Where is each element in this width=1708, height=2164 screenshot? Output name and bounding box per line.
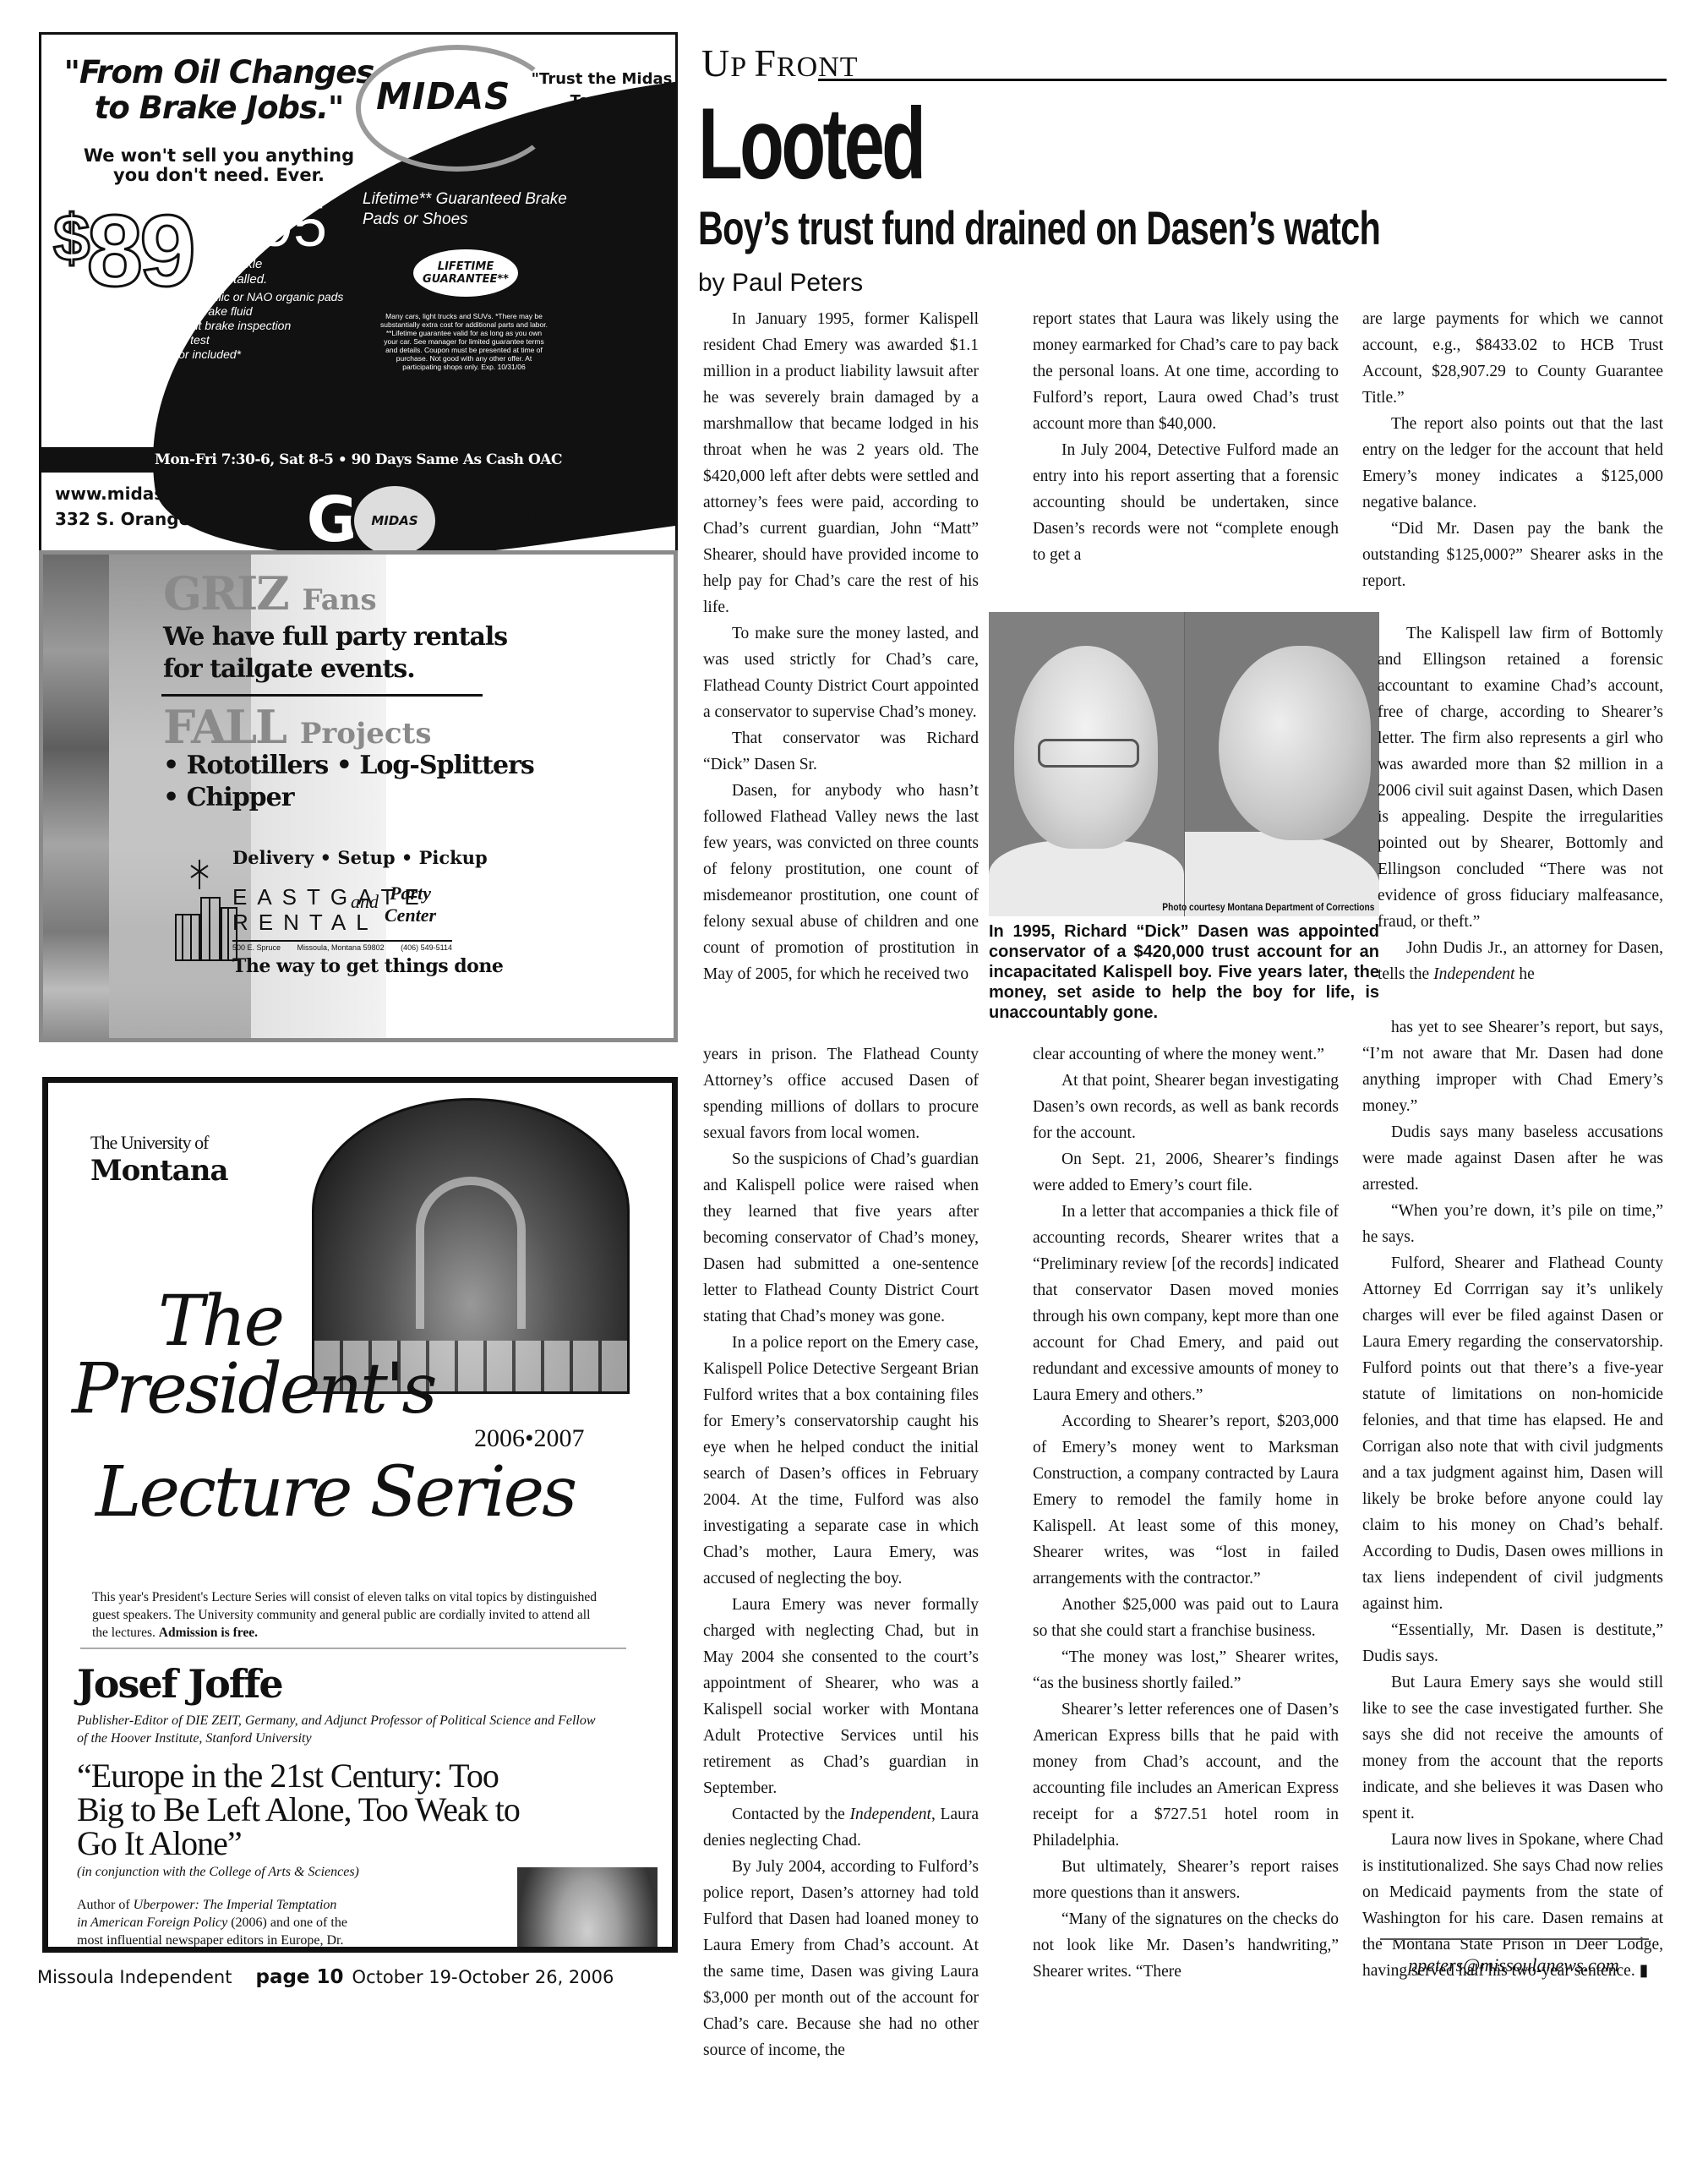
paragraph: But Laura Emery says she would still lik… — [1362, 1669, 1663, 1827]
university-name: Montana — [90, 1154, 228, 1188]
paragraph: Contacted by the Independent, Laura deni… — [703, 1801, 979, 1854]
bio-prefix: Author of — [77, 1898, 134, 1912]
fence-logo-icon — [174, 855, 239, 962]
paragraph: To make sure the money lasted, and was u… — [703, 620, 979, 725]
fall-items-line2: • Chipper — [163, 781, 294, 815]
midas-badge-icon: MIDAS — [351, 483, 439, 559]
phone: (406) 549-5114 — [401, 943, 452, 952]
article-column-2-bottom: clear accounting of where the money went… — [1033, 1041, 1339, 1985]
speaker-affiliation: Publisher-Editor of DIE ZEIT, Germany, a… — [77, 1712, 601, 1747]
headline: Looted — [698, 101, 923, 186]
face-profile — [1219, 646, 1371, 840]
article-column-3-top: are large payments for which we cannot a… — [1362, 306, 1663, 594]
paragraph: “Did Mr. Dasen pay the bank the outstand… — [1362, 516, 1663, 594]
midas-website-link[interactable]: www.midas.com — [55, 481, 210, 506]
paragraph: Fulford, Shearer and Flathead County Att… — [1362, 1250, 1663, 1617]
paragraph: years in prison. The Flathead County Att… — [703, 1041, 979, 1146]
griz-fans-heading: GRIZ Fans — [163, 570, 377, 624]
article-end-rule — [1380, 1938, 1649, 1940]
page-footer: Missoula Independentpage 10October 19-Oc… — [37, 1966, 614, 1988]
paragraph: On Sept. 21, 2006, Shearer’s findings we… — [1033, 1146, 1339, 1199]
midas-fine-print: Many cars, light trucks and SUVs. *There… — [379, 312, 548, 371]
midas-offer: Lifetime** Guaranteed Brake Pads or Shoe… — [363, 189, 591, 230]
article-column-1-top: In January 1995, former Kalispell reside… — [703, 306, 979, 987]
paragraph: Laura Emery was never formally charged w… — [703, 1592, 979, 1801]
fresco-arch — [416, 1177, 526, 1329]
center-word: Center — [385, 904, 436, 926]
paragraph: At that point, Shearer began investigati… — [1033, 1068, 1339, 1146]
paragraph: has yet to see Shearer’s report, but say… — [1362, 1014, 1663, 1119]
subheadline: Boy’s trust fund drained on Dasen’s watc… — [698, 203, 1380, 254]
article-column-3-middle: The Kalispell law firm of Bottomly and E… — [1378, 620, 1663, 987]
company-address: 500 E. Spruce Missoula, Montana 59802 (4… — [232, 940, 452, 952]
paragraph: “The money was lost,” Shearer writes, “a… — [1033, 1644, 1339, 1697]
glasses-icon — [1038, 739, 1139, 768]
paragraph: The Kalispell law firm of Bottomly and E… — [1378, 620, 1663, 935]
price-cents: .95 — [243, 195, 327, 256]
heading-small: Fans — [302, 583, 376, 617]
mugshot-front — [989, 612, 1184, 916]
bullet-item: • Road test — [151, 333, 343, 347]
byline: by Paul Peters — [698, 269, 863, 298]
page-number: page 10 — [255, 1966, 343, 1988]
author-email-link[interactable]: ppeters@missoulanews.com — [1383, 1954, 1645, 1976]
mugshot-photo: Photo courtesy Montana Department of Cor… — [989, 612, 1379, 916]
university-lecture-ad: The University of Montana The President'… — [42, 1077, 678, 1953]
eastgate-rental-ad: GRIZ Fans We have full party rentals for… — [39, 550, 678, 1042]
text: he — [1514, 965, 1534, 983]
dollar-sign: $ — [53, 200, 86, 275]
speaker-name: Josef Joffe — [77, 1661, 282, 1707]
paragraph: But ultimately, Shearer’s report raises … — [1033, 1854, 1339, 1906]
paragraph: are large payments for which we cannot a… — [1362, 306, 1663, 411]
photo-caption: In 1995, Richard “Dick” Dasen was appoin… — [989, 921, 1379, 1023]
company-and: and — [351, 891, 379, 913]
heading-big: GRIZ — [163, 566, 288, 620]
speaker-portrait — [517, 1867, 658, 1953]
paragraph: In a police report on the Emery case, Ka… — [703, 1330, 979, 1592]
divider — [80, 1648, 626, 1649]
griz-line2: for tailgate events. — [163, 653, 415, 686]
speaker-bio: Author of Uberpower: The Imperial Tempta… — [77, 1896, 347, 1953]
fall-items-line1: • Rototillers • Log-Splitters — [163, 749, 534, 783]
publication-italic: Independent — [1433, 965, 1514, 983]
midas-phone: 728-7760 — [481, 488, 652, 535]
paragraph: “When you’re down, it’s pile on time,” h… — [1362, 1198, 1663, 1250]
bullet-item: • Labor included* — [151, 347, 343, 362]
midas-price: $89 — [53, 187, 193, 302]
paragraph: Dudis says many baseless accusations wer… — [1362, 1119, 1663, 1198]
services-line: Delivery • Setup • Pickup — [232, 847, 488, 868]
publication-italic: Independent — [850, 1806, 931, 1823]
paragraph: report states that Laura was likely usin… — [1033, 306, 1339, 437]
mugshot-profile — [1184, 612, 1379, 916]
paragraph: According to Shearer’s report, $203,000 … — [1033, 1408, 1339, 1592]
heading-small: Projects — [300, 717, 432, 751]
university-pre: The University of — [90, 1134, 208, 1152]
text: Contacted by the — [732, 1806, 850, 1823]
price-note: per axle installed. — [217, 257, 285, 287]
paragraph: Dasen, for anybody who hasn’t followed F… — [703, 778, 979, 987]
paragraph: Shearer’s letter references one of Dasen… — [1033, 1697, 1339, 1854]
midas-subhead: We won't sell you anything you don't nee… — [75, 146, 363, 185]
midas-ad: "From Oil Changes to Brake Jobs." We won… — [39, 32, 678, 573]
midas-headline: "From Oil Changes to Brake Jobs." — [58, 55, 379, 126]
series-years: 2006•2007 — [474, 1424, 585, 1453]
bullet-item: • 45-point brake inspection — [151, 319, 343, 333]
intro-bold: Admission is free. — [159, 1626, 258, 1640]
midas-contact: www.midas.com 332 S. Orange — [55, 481, 210, 532]
paragraph: clear accounting of where the money went… — [1033, 1041, 1339, 1068]
divider — [161, 694, 483, 697]
talk-title: “Europe in the 21st Century: Too Big to … — [77, 1759, 550, 1861]
city: Missoula, Montana 59802 — [297, 943, 385, 952]
publication-name: Missoula Independent — [37, 1967, 232, 1987]
article-column-3-bottom: has yet to see Shearer’s report, but say… — [1362, 1014, 1663, 1984]
section-cap: F — [754, 41, 777, 85]
paragraph: “Essentially, Mr. Dasen is destitute,” D… — [1362, 1617, 1663, 1669]
midas-slogan: "Trust the Midas Touch." — [530, 68, 674, 112]
section-cap: U — [701, 41, 730, 85]
section-rule — [818, 79, 1667, 81]
series-intro: This year's President's Lecture Series w… — [92, 1588, 599, 1642]
midas-logo: MIDAS — [376, 75, 510, 118]
midas-address: 332 S. Orange — [55, 506, 210, 532]
lifetime-guarantee-badge: LIFETIME GUARANTEE** — [413, 249, 518, 297]
midas-bullets: • Semi-Metallic or NAO organic pads • To… — [151, 290, 343, 362]
paragraph: “Many of the signatures on the checks do… — [1033, 1906, 1339, 1985]
talk-conjunction: (in conjunction with the College of Arts… — [77, 1865, 359, 1880]
article-column-1-bottom: years in prison. The Flathead County Att… — [703, 1041, 979, 2063]
section-small: P — [730, 52, 754, 83]
paragraph: In January 1995, former Kalispell reside… — [703, 306, 979, 620]
street: 500 E. Spruce — [232, 943, 281, 952]
party-center: Party Center — [385, 883, 436, 926]
shirt — [989, 840, 1184, 916]
griz-slogan: The way to get things done — [232, 955, 503, 977]
bullet-item: • Semi-Metallic or NAO organic pads — [151, 290, 343, 304]
heading-big: FALL — [163, 700, 286, 754]
paragraph: The report also points out that the last… — [1362, 411, 1663, 516]
party-word: Party — [385, 883, 436, 904]
paragraph: By July 2004, according to Fulford’s pol… — [703, 1854, 979, 2063]
paragraph: In a letter that accompanies a thick fil… — [1033, 1199, 1339, 1408]
paragraph: So the suspicions of Chad’s guardian and… — [703, 1146, 979, 1330]
paragraph: John Dudis Jr., an attorney for Dasen, t… — [1378, 935, 1663, 987]
script-lecture-series: Lecture Series — [95, 1455, 575, 1531]
photo-credit: Photo courtesy Montana Department of Cor… — [1162, 901, 1374, 913]
midas-hours-bar: Mon-Fri 7:30-6, Sat 8-5 • 90 Days Same A… — [41, 447, 675, 473]
script-presidents: President's — [72, 1352, 435, 1428]
bullet-item: • Top off brake fluid — [151, 304, 343, 319]
paragraph: Another $25,000 was paid out to Laura so… — [1033, 1592, 1339, 1644]
issue-dates: October 19-October 26, 2006 — [352, 1967, 614, 1987]
griz-line1: We have full party rentals — [163, 620, 507, 654]
paragraph: In July 2004, Detective Fulford made an … — [1033, 437, 1339, 568]
paragraph: That conservator was Richard “Dick” Dase… — [703, 725, 979, 778]
article-column-2-top: report states that Laura was likely usin… — [1033, 306, 1339, 568]
